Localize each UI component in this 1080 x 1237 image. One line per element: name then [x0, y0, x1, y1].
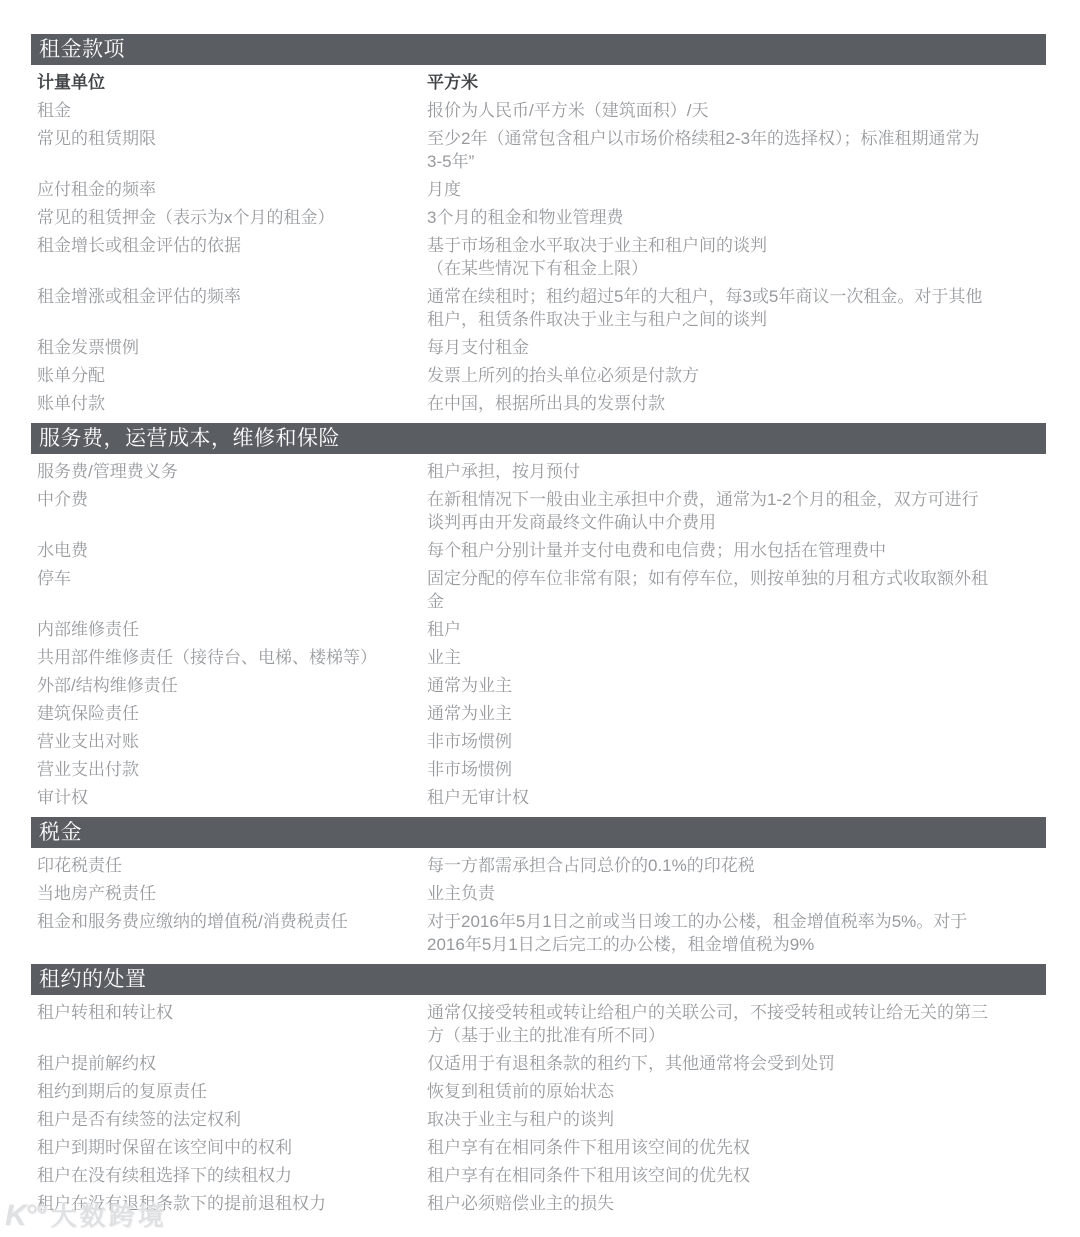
row-value: 租户享有在相同条件下租用该空间的优先权 [427, 1136, 1046, 1159]
table-row: 外部/结构维修责任通常为业主 [31, 674, 1046, 697]
row-label: 常见的租赁期限 [37, 127, 427, 150]
row-label: 停车 [37, 567, 427, 590]
section-header: 租金款项 [31, 34, 1046, 65]
row-label: 外部/结构维修责任 [37, 674, 427, 697]
table-row: 审计权租户无审计权 [31, 786, 1046, 809]
document: 租金款项计量单位平方米租金报价为人民币/平方米（建筑面积）/天常见的租赁期限至少… [0, 0, 1080, 1215]
row-label: 租户提前解约权 [37, 1052, 427, 1075]
row-value: 恢复到租赁前的原始状态 [427, 1080, 1046, 1103]
row-label: 租金增涨或租金评估的频率 [37, 285, 427, 308]
row-label: 常见的租赁押金（表示为x个月的租金） [37, 206, 427, 229]
table-row: 应付租金的频率月度 [31, 178, 1046, 201]
row-value: 固定分配的停车位非常有限；如有停车位，则按单独的月租方式收取额外租 金 [427, 567, 1046, 613]
row-label: 租户是否有续签的法定权利 [37, 1108, 427, 1131]
brand-name: 大数跨境 [51, 1201, 167, 1231]
row-label: 服务费/管理费义务 [37, 460, 427, 483]
table-row: 租金和服务费应缴纳的增值税/消费税责任对于2016年5月1日之前或当日竣工的办公… [31, 910, 1046, 956]
row-value: 发票上所列的抬头单位必须是付款方 [427, 364, 1046, 387]
table-row: 租金增长或租金评估的依据基于市场租金水平取决于业主和租户间的谈判 （在某些情况下… [31, 234, 1046, 280]
row-value: 每个租户分别计量并支付电费和电信费；用水包括在管理费中 [427, 539, 1046, 562]
table-row: 建筑保险责任通常为业主 [31, 702, 1046, 725]
row-label: 租户在没有续租选择下的续租权力 [37, 1164, 427, 1187]
row-value: 租户享有在相同条件下租用该空间的优先权 [427, 1164, 1046, 1187]
table-row: 服务费/管理费义务租户承担，按月预付 [31, 460, 1046, 483]
table-row: 租户到期时保留在该空间中的权利租户享有在相同条件下租用该空间的优先权 [31, 1136, 1046, 1159]
table-row: 租约到期后的复原责任恢复到租赁前的原始状态 [31, 1080, 1046, 1103]
row-label: 建筑保险责任 [37, 702, 427, 725]
row-label: 计量单位 [37, 71, 427, 94]
row-value: 租户无审计权 [427, 786, 1046, 809]
row-label: 营业支出对账 [37, 730, 427, 753]
table-row: 营业支出对账非市场惯例 [31, 730, 1046, 753]
row-label: 内部维修责任 [37, 618, 427, 641]
row-label: 营业支出付款 [37, 758, 427, 781]
table-row: 租户提前解约权仅适用于有退租条款的租约下，其他通常将会受到处罚 [31, 1052, 1046, 1075]
table-row: 当地房产税责任业主负责 [31, 882, 1046, 905]
table-row: 中介费在新租情况下一般由业主承担中介费，通常为1-2个月的租金，双方可进行 谈判… [31, 488, 1046, 534]
row-value: 仅适用于有退租条款的租约下，其他通常将会受到处罚 [427, 1052, 1046, 1075]
table-row: 常见的租赁期限至少2年（通常包含租户以市场价格续租2-3年的选择权）；标准租期通… [31, 127, 1046, 173]
table-row: 租户转租和转让权通常仅接受转租或转让给租户的关联公司，不接受转租或转让给无关的第… [31, 1001, 1046, 1047]
table-row: 内部维修责任租户 [31, 618, 1046, 641]
table-row: 租户是否有续签的法定权利取决于业主与租户的谈判 [31, 1108, 1046, 1131]
row-label: 租金和服务费应缴纳的增值税/消费税责任 [37, 910, 427, 933]
section-header: 服务费，运营成本，维修和保险 [31, 423, 1046, 454]
row-value: 至少2年（通常包含租户以市场价格续租2-3年的选择权）；标准租期通常为 3-5年… [427, 127, 1046, 173]
table-row: 常见的租赁押金（表示为x个月的租金）3个月的租金和物业管理费 [31, 206, 1046, 229]
row-label: 审计权 [37, 786, 427, 809]
row-value: 月度 [427, 178, 1046, 201]
row-value: 对于2016年5月1日之前或当日竣工的办公楼，租金增值税率为5%。对于 2016… [427, 910, 1046, 956]
brand-watermark: K°° 大数跨境 [5, 1201, 167, 1231]
row-value: 租户 [427, 618, 1046, 641]
row-value: 通常在续租时；租约超过5年的大租户，每3或5年商议一次租金。对于其他 租户，租赁… [427, 285, 1046, 331]
row-value: 非市场惯例 [427, 758, 1046, 781]
row-label: 租金发票惯例 [37, 336, 427, 359]
row-value: 报价为人民币/平方米（建筑面积）/天 [427, 99, 1046, 122]
row-value: 每月支付租金 [427, 336, 1046, 359]
row-value: 业主 [427, 646, 1046, 669]
row-label: 租户到期时保留在该空间中的权利 [37, 1136, 427, 1159]
row-label: 租金 [37, 99, 427, 122]
row-label: 租金增长或租金评估的依据 [37, 234, 427, 257]
row-value: 租户承担，按月预付 [427, 460, 1046, 483]
table-row: 营业支出付款非市场惯例 [31, 758, 1046, 781]
row-label: 账单分配 [37, 364, 427, 387]
row-value: 在新租情况下一般由业主承担中介费，通常为1-2个月的租金，双方可进行 谈判再由开… [427, 488, 1046, 534]
table-row: 租金增涨或租金评估的频率通常在续租时；租约超过5年的大租户，每3或5年商议一次租… [31, 285, 1046, 331]
row-label: 水电费 [37, 539, 427, 562]
row-value: 在中国，根据所出具的发票付款 [427, 392, 1046, 415]
row-value: 通常为业主 [427, 702, 1046, 725]
row-value: 每一方都需承担合占同总价的0.1%的印花税 [427, 854, 1046, 877]
row-value: 基于市场租金水平取决于业主和租户间的谈判 （在某些情况下有租金上限） [427, 234, 1046, 280]
section-header: 租约的处置 [31, 964, 1046, 995]
row-value: 取决于业主与租户的谈判 [427, 1108, 1046, 1131]
table-row: 租户在没有续租选择下的续租权力租户享有在相同条件下租用该空间的优先权 [31, 1164, 1046, 1187]
table-row: 共用部件维修责任（接待台、电梯、楼梯等）业主 [31, 646, 1046, 669]
row-label: 当地房产税责任 [37, 882, 427, 905]
row-label: 中介费 [37, 488, 427, 511]
row-label: 账单付款 [37, 392, 427, 415]
table-row: 租金发票惯例每月支付租金 [31, 336, 1046, 359]
row-value: 3个月的租金和物业管理费 [427, 206, 1046, 229]
row-value: 平方米 [427, 71, 1046, 94]
table-row: 租金报价为人民币/平方米（建筑面积）/天 [31, 99, 1046, 122]
table-row: 水电费每个租户分别计量并支付电费和电信费；用水包括在管理费中 [31, 539, 1046, 562]
table-row: 印花税责任每一方都需承担合占同总价的0.1%的印花税 [31, 854, 1046, 877]
table-row: 账单分配发票上所列的抬头单位必须是付款方 [31, 364, 1046, 387]
table-row: 租户在没有退租条款下的提前退租权力租户必须赔偿业主的损失 [31, 1192, 1046, 1215]
table-row: 停车固定分配的停车位非常有限；如有停车位，则按单独的月租方式收取额外租 金 [31, 567, 1046, 613]
row-value: 通常为业主 [427, 674, 1046, 697]
row-label: 应付租金的频率 [37, 178, 427, 201]
row-value: 租户必须赔偿业主的损失 [427, 1192, 1046, 1215]
row-value: 通常仅接受转租或转让给租户的关联公司，不接受转租或转让给无关的第三 方（基于业主… [427, 1001, 1046, 1047]
row-value: 业主负责 [427, 882, 1046, 905]
table-row: 账单付款在中国，根据所出具的发票付款 [31, 392, 1046, 415]
row-label: 印花税责任 [37, 854, 427, 877]
brand-logo-icon: K°° [5, 1201, 45, 1231]
row-label: 共用部件维修责任（接待台、电梯、楼梯等） [37, 646, 427, 669]
table-row: 计量单位平方米 [31, 71, 1046, 94]
row-value: 非市场惯例 [427, 730, 1046, 753]
section-header: 税金 [31, 817, 1046, 848]
row-label: 租约到期后的复原责任 [37, 1080, 427, 1103]
row-label: 租户转租和转让权 [37, 1001, 427, 1024]
